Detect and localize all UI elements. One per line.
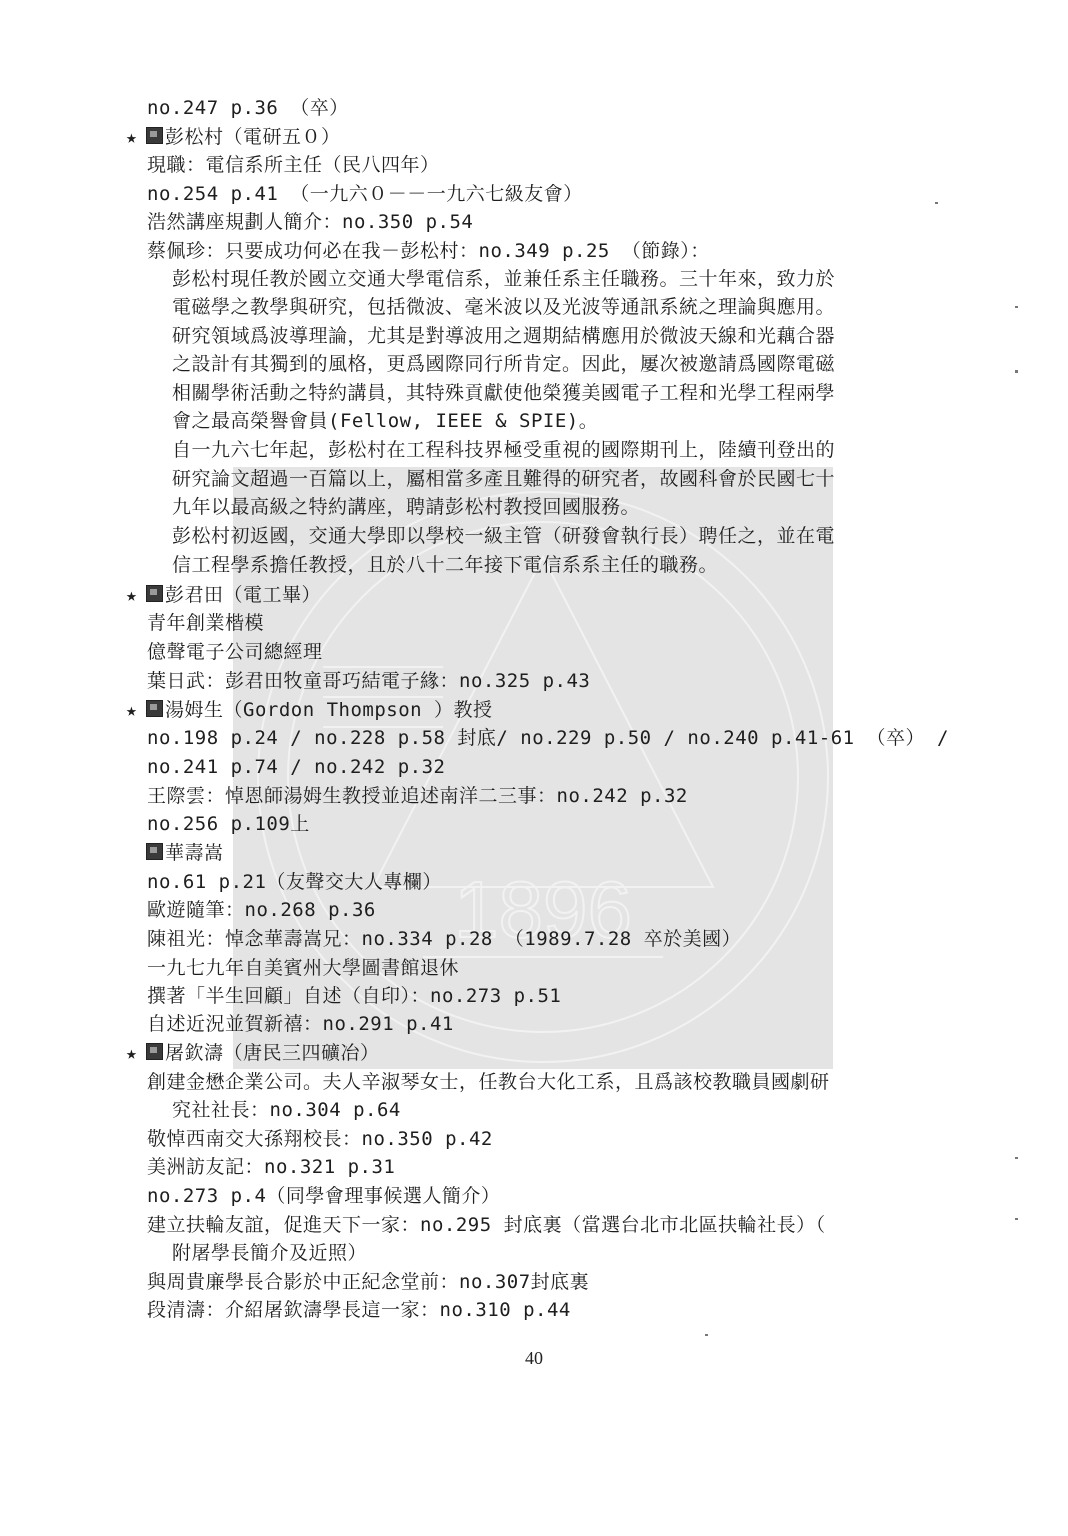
star-icon: ★ bbox=[126, 124, 146, 152]
star-icon: ★ bbox=[126, 1040, 146, 1068]
document-page: no.247 p.36 （卒）★彭松村（電研五０）現職：電信系所主任（民八四年）… bbox=[0, 0, 1068, 1536]
photo-thumbnail-icon bbox=[146, 843, 163, 860]
entry-text: 創建金懋企業公司。夫人辛淑琴女士，任教台大化工系，且爲該校教職員國劇研 bbox=[147, 1071, 830, 1093]
entry-text: 附屠學長簡介及近照） bbox=[172, 1242, 367, 1264]
entry-text: 彭君田（電工畢） bbox=[165, 584, 321, 606]
entry-text: no.247 p.36 （卒） bbox=[147, 97, 349, 119]
entry-text: 九年以最高級之特約講座，聘請彭松村教授回國服務。 bbox=[172, 496, 640, 518]
entry-text: 王際雲：悼恩師湯姆生教授並追述南洋二三事：no.242 p.32 bbox=[147, 785, 688, 807]
entry-line: 一九七九年自美賓州大學圖書館退休 bbox=[147, 954, 459, 982]
entry-line: 與周貴廉學長合影於中正紀念堂前：no.307封底裏 bbox=[147, 1268, 589, 1296]
entry-line: 歐遊隨筆：no.268 p.36 bbox=[147, 896, 376, 924]
entry-line: 葉日武：彭君田牧童哥巧結電子緣：no.325 p.43 bbox=[147, 667, 590, 695]
entry-line: no.247 p.36 （卒） bbox=[147, 94, 349, 122]
entry-text: 彭松村初返國，交通大學即以學校一級主管（研發會執行長）聘任之，並在電 bbox=[172, 525, 835, 547]
entry-line: no.256 p.109上 bbox=[147, 810, 310, 838]
entry-line: no.198 p.24 / no.228 p.58 封底/ no.229 p.5… bbox=[147, 724, 949, 752]
entry-text: 葉日武：彭君田牧童哥巧結電子緣：no.325 p.43 bbox=[147, 670, 590, 692]
entry-line: no.241 p.74 / no.242 p.32 bbox=[147, 753, 445, 781]
entry-line: 美洲訪友記：no.321 p.31 bbox=[147, 1153, 395, 1181]
entry-line: no.273 p.4（同學會理事候選人簡介） bbox=[147, 1182, 500, 1210]
entry-text: 彭松村（電研五０） bbox=[165, 126, 341, 148]
entry-text: 蔡佩珍：只要成功何必在我－彭松村：no.349 p.25 （節錄）： bbox=[147, 240, 710, 262]
entry-text: 陳祖光：悼念華壽嵩兄：no.334 p.28 （1989.7.28 卒於美國） bbox=[147, 928, 741, 950]
entry-text: no.273 p.4（同學會理事候選人簡介） bbox=[147, 1185, 500, 1207]
entry-line: 現職：電信系所主任（民八四年） bbox=[147, 151, 440, 179]
entry-text: 自述近況並賀新禧：no.291 p.41 bbox=[147, 1013, 454, 1035]
entry-text: 相關學術活動之特約講員，其特殊貢獻使他榮獲美國電子工程和光學工程兩學 bbox=[172, 382, 835, 404]
star-icon: ★ bbox=[126, 582, 146, 610]
entry-line: 青年創業楷模 bbox=[147, 609, 264, 637]
entry-line: 浩然講座規劃人簡介：no.350 p.54 bbox=[147, 208, 473, 236]
entry-heading: ★屠欽濤（唐民三四礦冶） bbox=[126, 1039, 380, 1067]
entry-text: no.256 p.109上 bbox=[147, 813, 310, 835]
entry-line: 建立扶輪友誼，促進天下一家：no.295 封底裏（當選台北市北區扶輪社長）（ bbox=[147, 1211, 826, 1239]
entry-heading: ★彭君田（電工畢） bbox=[126, 581, 321, 609]
entry-line: no.61 p.21（友聲交大人專欄） bbox=[147, 868, 442, 896]
entry-text: no.61 p.21（友聲交大人專欄） bbox=[147, 871, 442, 893]
entry-text: no.241 p.74 / no.242 p.32 bbox=[147, 756, 445, 778]
entry-text: 信工程學系擔任教授，且於八十二年接下電信系系主任的職務。 bbox=[172, 554, 718, 576]
photo-thumbnail-icon bbox=[146, 1043, 163, 1060]
entry-line: 自一九六七年起，彭松村在工程科技界極受重視的國際期刊上，陸續刊登出的 bbox=[172, 436, 835, 464]
entry-text: 美洲訪友記：no.321 p.31 bbox=[147, 1156, 395, 1178]
entry-text: 自一九六七年起，彭松村在工程科技界極受重視的國際期刊上，陸續刊登出的 bbox=[172, 439, 835, 461]
entry-line: 自述近況並賀新禧：no.291 p.41 bbox=[147, 1010, 454, 1038]
entry-line: 相關學術活動之特約講員，其特殊貢獻使他榮獲美國電子工程和光學工程兩學 bbox=[172, 379, 835, 407]
entry-text: 段清濤：介紹屠欽濤學長這一家：no.310 p.44 bbox=[147, 1299, 571, 1321]
entry-line: 之設計有其獨到的風格，更爲國際同行所肯定。因此，屢次被邀請爲國際電磁 bbox=[172, 350, 835, 378]
entry-line: 撰著「半生回顧」自述（自印）：no.273 p.51 bbox=[147, 982, 561, 1010]
entry-line: 段清濤：介紹屠欽濤學長這一家：no.310 p.44 bbox=[147, 1296, 571, 1324]
photo-thumbnail-icon bbox=[146, 127, 163, 144]
entry-text: 會之最高榮譽會員(Fellow, IEEE & SPIE)。 bbox=[172, 410, 598, 432]
entry-text: 湯姆生（Gordon Thompson ）教授 bbox=[165, 699, 493, 721]
entry-line: 附屠學長簡介及近照） bbox=[172, 1239, 367, 1267]
entry-line: 王際雲：悼恩師湯姆生教授並追述南洋二三事：no.242 p.32 bbox=[147, 782, 688, 810]
entry-text: 青年創業楷模 bbox=[147, 612, 264, 634]
entry-line: 究社社長：no.304 p.64 bbox=[172, 1096, 401, 1124]
entry-text: 億聲電子公司總經理 bbox=[147, 641, 323, 663]
entry-heading: ★湯姆生（Gordon Thompson ）教授 bbox=[126, 696, 493, 724]
entry-text: 研究論文超過一百篇以上，屬相當多產且難得的研究者，故國科會於民國七十 bbox=[172, 468, 835, 490]
entry-line: 陳祖光：悼念華壽嵩兄：no.334 p.28 （1989.7.28 卒於美國） bbox=[147, 925, 741, 953]
entry-line: 研究論文超過一百篇以上，屬相當多產且難得的研究者，故國科會於民國七十 bbox=[172, 465, 835, 493]
entry-text: 一九七九年自美賓州大學圖書館退休 bbox=[147, 957, 459, 979]
entry-text: 敬悼西南交大孫翔校長：no.350 p.42 bbox=[147, 1128, 493, 1150]
photo-thumbnail-icon bbox=[146, 585, 163, 602]
entry-line: no.254 p.41 （一九六０－－一九六七級友會） bbox=[147, 180, 583, 208]
entry-text: 華壽嵩 bbox=[165, 842, 224, 864]
entry-text: 究社社長：no.304 p.64 bbox=[172, 1099, 401, 1121]
entry-text: 電磁學之教學與研究，包括微波、毫米波以及光波等通訊系統之理論與應用。 bbox=[172, 296, 835, 318]
entry-line: 九年以最高級之特約講座，聘請彭松村教授回國服務。 bbox=[172, 493, 640, 521]
entry-text: no.198 p.24 / no.228 p.58 封底/ no.229 p.5… bbox=[147, 727, 949, 749]
entry-text: 之設計有其獨到的風格，更爲國際同行所肯定。因此，屢次被邀請爲國際電磁 bbox=[172, 353, 835, 375]
entry-heading: ★彭松村（電研五０） bbox=[126, 123, 341, 151]
entry-heading: 華壽嵩 bbox=[126, 839, 224, 867]
entry-line: 億聲電子公司總經理 bbox=[147, 638, 323, 666]
entry-line: 創建金懋企業公司。夫人辛淑琴女士，任教台大化工系，且爲該校教職員國劇研 bbox=[147, 1068, 830, 1096]
entry-line: 彭松村現任教於國立交通大學電信系，並兼任系主任職務。三十年來，致力於 bbox=[172, 265, 835, 293]
entry-text: 與周貴廉學長合影於中正紀念堂前：no.307封底裏 bbox=[147, 1271, 589, 1293]
entry-line: 研究領域爲波導理論，尤其是對導波用之週期結構應用於微波天線和光藕合器 bbox=[172, 322, 835, 350]
entry-text: 屠欽濤（唐民三四礦冶） bbox=[165, 1042, 380, 1064]
star-icon: ★ bbox=[126, 697, 146, 725]
entry-text: 浩然講座規劃人簡介：no.350 p.54 bbox=[147, 211, 473, 233]
entry-line: 蔡佩珍：只要成功何必在我－彭松村：no.349 p.25 （節錄）： bbox=[147, 237, 710, 265]
entry-line: 敬悼西南交大孫翔校長：no.350 p.42 bbox=[147, 1125, 493, 1153]
entry-text: 研究領域爲波導理論，尤其是對導波用之週期結構應用於微波天線和光藕合器 bbox=[172, 325, 835, 347]
entry-line: 會之最高榮譽會員(Fellow, IEEE & SPIE)。 bbox=[172, 407, 598, 435]
entry-text: 建立扶輪友誼，促進天下一家：no.295 封底裏（當選台北市北區扶輪社長）（ bbox=[147, 1214, 826, 1236]
entry-text: 歐遊隨筆：no.268 p.36 bbox=[147, 899, 376, 921]
entry-text: 彭松村現任教於國立交通大學電信系，並兼任系主任職務。三十年來，致力於 bbox=[172, 268, 835, 290]
photo-thumbnail-icon bbox=[146, 700, 163, 717]
entry-line: 電磁學之教學與研究，包括微波、毫米波以及光波等通訊系統之理論與應用。 bbox=[172, 293, 835, 321]
entry-text: no.254 p.41 （一九六０－－一九六七級友會） bbox=[147, 183, 583, 205]
entry-line: 信工程學系擔任教授，且於八十二年接下電信系系主任的職務。 bbox=[172, 551, 718, 579]
entry-text: 撰著「半生回顧」自述（自印）：no.273 p.51 bbox=[147, 985, 561, 1007]
entry-text: 現職：電信系所主任（民八四年） bbox=[147, 154, 440, 176]
entry-line: 彭松村初返國，交通大學即以學校一級主管（研發會執行長）聘任之，並在電 bbox=[172, 522, 835, 550]
